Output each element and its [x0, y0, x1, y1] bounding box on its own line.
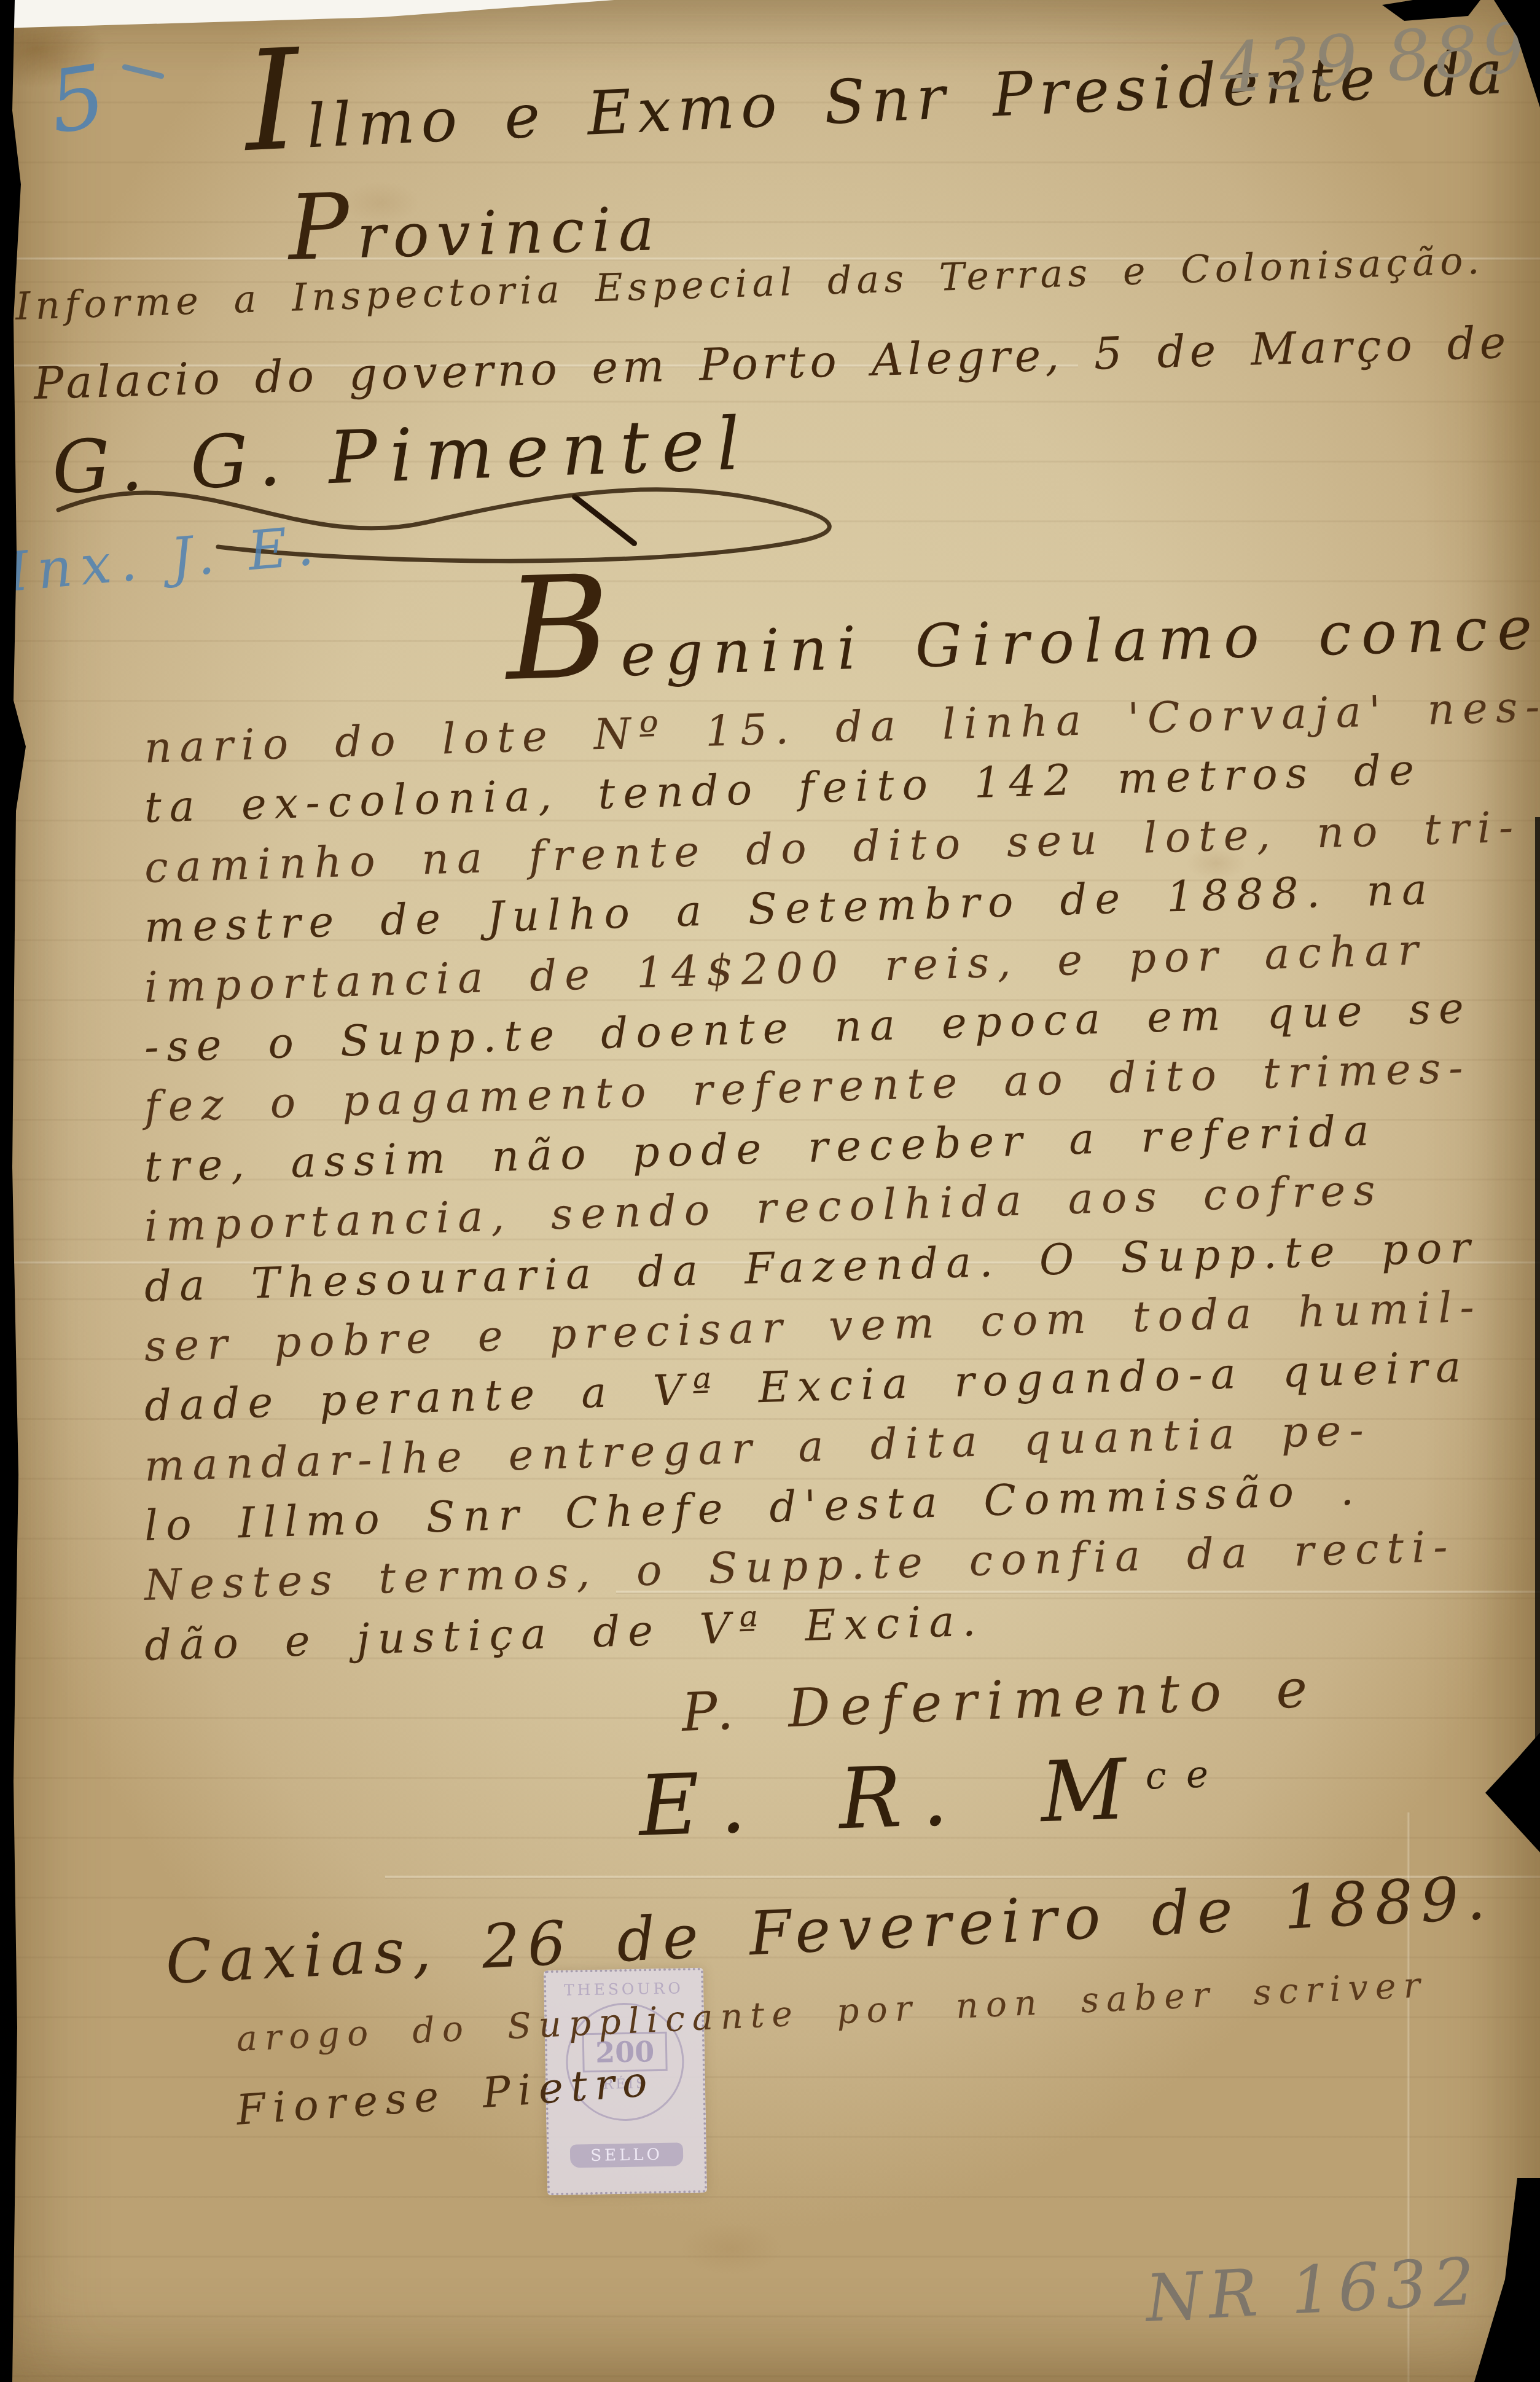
stamp-sello-banner: SELLO — [570, 2142, 684, 2168]
scan-edge-white — [0, 0, 614, 31]
stamp-issuer-text: THESOURO — [546, 1979, 701, 1999]
scan-edge-left — [0, 0, 29, 2382]
scan-edge-right — [1535, 817, 1540, 1739]
blue-pencil-tick — [122, 64, 165, 80]
closing-formula-main: E. R. M — [637, 1741, 1147, 1855]
petition-body: Begnini Girolamo concessio- nario do lot… — [144, 599, 1540, 1676]
closing-formula-superscript: ce — [1144, 1752, 1229, 1798]
blue-pencil-number: 5 — [42, 46, 112, 154]
pencil-catalog-number: NR 1632 — [1144, 2244, 1483, 2337]
scanned-document-page: 5 439 889 Inx. J. E. NR 1632 Illmo e Exm… — [0, 0, 1540, 2382]
scan-tear-right — [1485, 1733, 1540, 1852]
dispatch-note-line-1: Informe a Inspectoria Especial das Terra… — [15, 238, 1485, 329]
salutation-line-2: Provincia — [288, 194, 663, 274]
closing-formula: E. R. Mce — [637, 1738, 1230, 1855]
dispatch-note-line-2: Palacio do governo em Porto Alegre, 5 de… — [33, 311, 1540, 409]
